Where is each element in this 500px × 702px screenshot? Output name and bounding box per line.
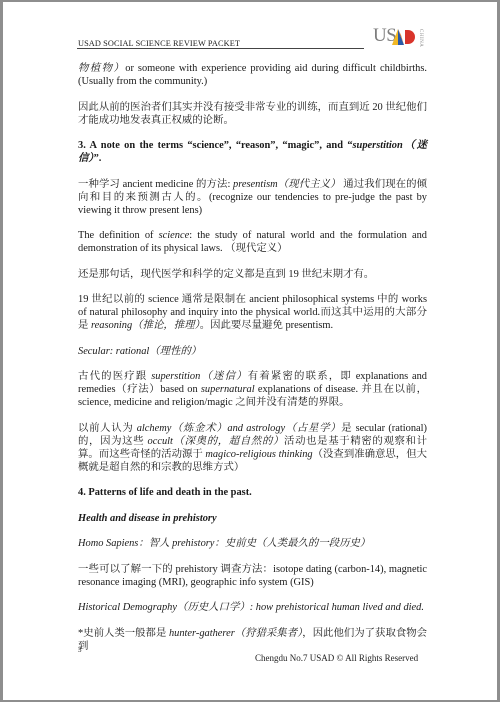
italic-text: hunter-gatherer（狩猎采集者） [169, 628, 302, 639]
paragraph: 因此从前的医治者们其实并没有接受非常专业的训练，而直到近 20 世纪他们才能成功… [78, 101, 427, 127]
italic-text: Historical Demography（历史人口学）: how prehis… [78, 602, 424, 613]
italic-text: magico-religious thinking [205, 449, 312, 460]
italic-text: Homo Sapiens：智人 prehistory：史前史（人类最久的一段历史… [78, 538, 370, 549]
paragraph: 19 世纪以前的 science 通常是限制在 ancient philosop… [78, 293, 427, 332]
section-heading-4: 4. Patterns of life and death in the pas… [78, 486, 427, 499]
italic-text: Health and disease in prehistory [78, 513, 217, 524]
text: 3. A note on the terms “science”, “reaso… [78, 140, 353, 151]
italic-text: 物植物） [78, 63, 125, 74]
header-title: USAD SOCIAL SCIENCE REVIEW PACKET [78, 39, 240, 48]
paragraph: Homo Sapiens：智人 prehistory：史前史（人类最久的一段历史… [78, 537, 427, 550]
logo-china-text: CHINA [418, 29, 423, 47]
paragraph: 古代的医疗跟 superstition（迷信）有着紧密的联系，即 explana… [78, 370, 427, 409]
text: 一种学习 ancient medicine 的方法: [78, 179, 233, 190]
italic-text: presentism（现代主义） [233, 179, 341, 190]
text: 古代的医疗跟 [78, 371, 151, 382]
text: ”. [94, 153, 102, 164]
paragraph: 一种学习 ancient medicine 的方法: presentism（现代… [78, 178, 427, 217]
text: or someone with experience providing aid… [78, 63, 427, 87]
italic-text: reasoning（推论，推理） [91, 320, 200, 331]
italic-text: superstition（迷信） [151, 371, 248, 382]
paragraph: 还是那句话，现代医学和科学的定义都是直到 19 世纪末期才有。 [78, 268, 427, 281]
paragraph: *史前人类一般都是 hunter-gatherer（狩猎采集者），因此他们为了获… [78, 627, 427, 653]
italic-text: Secular: rational（理性的） [78, 346, 201, 357]
document-body: 物植物）or someone with experience providing… [78, 62, 427, 665]
paragraph: The definition of science: the study of … [78, 229, 427, 255]
usad-logo: US CHINA [373, 27, 429, 47]
document-page: USAD SOCIAL SCIENCE REVIEW PACKET US CHI… [3, 2, 497, 700]
paragraph: Secular: rational（理性的） [78, 345, 427, 358]
header-divider [77, 48, 364, 49]
paragraph: 物植物）or someone with experience providing… [78, 62, 427, 88]
text: The definition of [78, 230, 159, 241]
italic-text: supernatural [201, 384, 255, 395]
paragraph: 一些可以了解一下的 prehistory 调查方法：isotope dating… [78, 563, 427, 589]
logo-triangle-icon [392, 29, 418, 45]
paragraph: 以前人认为 alchemy（炼金术）and astrology（占星学）是 se… [78, 422, 427, 474]
text: 。因此要尽量避免 presentism. [200, 320, 333, 331]
text: 以前人认为 [78, 423, 137, 434]
section-heading-3: 3. A note on the terms “science”, “reaso… [78, 139, 427, 165]
paragraph: Historical Demography（历史人口学）: how prehis… [78, 601, 427, 614]
italic-text: alchemy（炼金术）and astrology（占星学） [137, 423, 342, 434]
italic-text: occult（深奥的，超自然的） [148, 436, 285, 447]
italic-text: science [159, 230, 190, 241]
footer-copyright: Chengdu No.7 USAD © All Rights Reserved [255, 653, 418, 663]
text: *史前人类一般都是 [78, 628, 169, 639]
page-number: 3 [78, 646, 82, 654]
sub-heading: Health and disease in prehistory [78, 512, 427, 525]
